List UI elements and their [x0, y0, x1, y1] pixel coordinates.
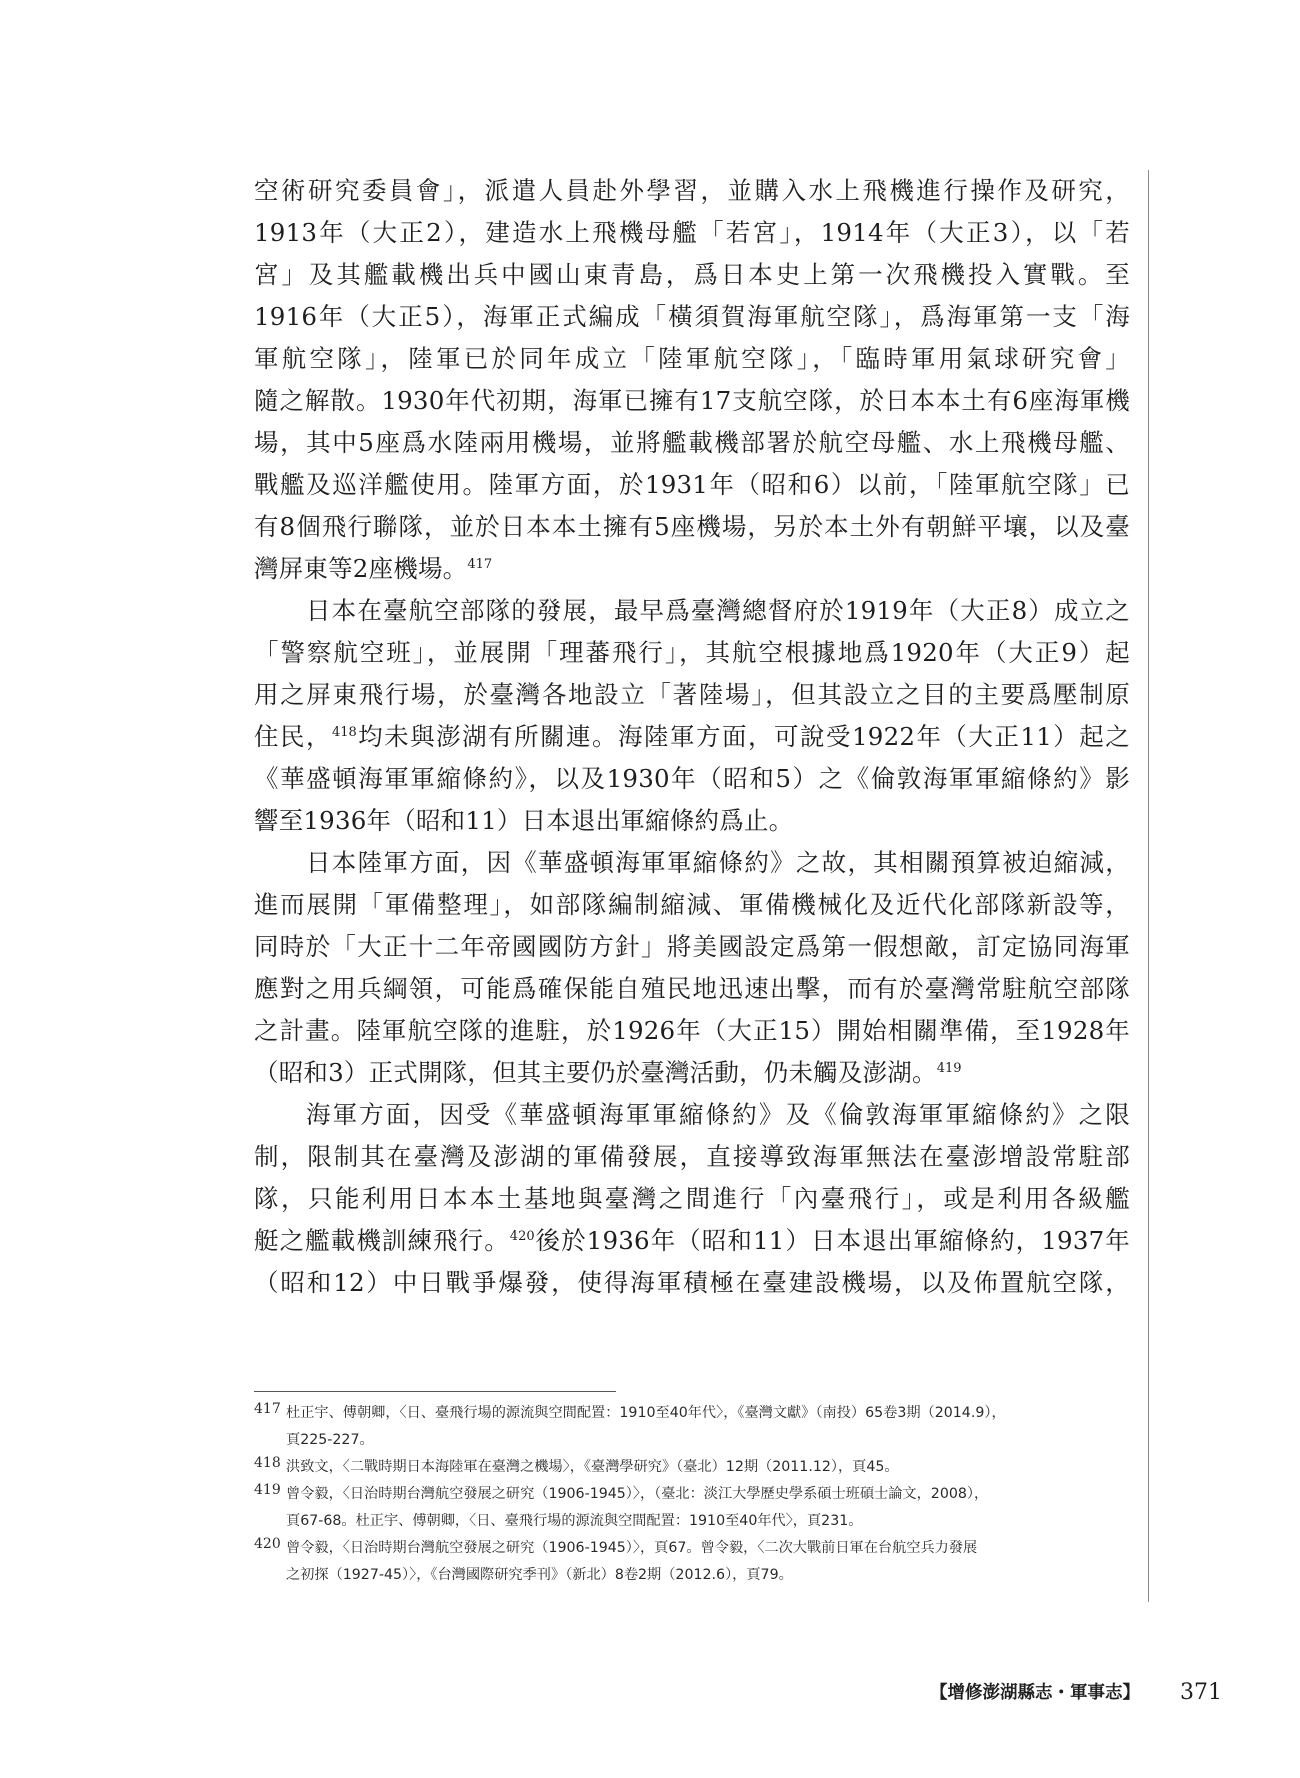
body-line-text: 軍航空隊」，陸軍已於同年成立「陸軍航空隊」，「臨時軍用氣球研究會」	[254, 344, 1130, 373]
body-line-text: 應對之用兵綱領，可能爲確保能自殖民地迅速出擊，而有於臺灣常駐航空部隊	[254, 974, 1130, 1003]
body-line-text: 響至1936年（昭和11）日本退出軍縮條約爲止。	[254, 806, 793, 835]
body-line-text: 用之屏東飛行場，於臺灣各地設立「著陸場」，但其設立之目的主要爲壓制原	[254, 680, 1130, 709]
body-line-text: 同時於「大正十二年帝國國防方針」將美國設定爲第一假想敵，訂定協同海軍	[254, 932, 1130, 961]
footnote-text: 頁225-227。	[286, 1432, 374, 1448]
body-line: 日本陸軍方面，因《華盛頓海軍軍縮條約》之故，其相關預算被迫縮減，	[254, 842, 1130, 884]
footnote-reference[interactable]: 417	[467, 557, 492, 572]
body-line-text: 「警察航空班」，並展開「理蕃飛行」，其航空根據地爲1920年（大正9）起	[254, 638, 1130, 667]
body-line: 進而展開「軍備整理」，如部隊編制縮減、軍備機械化及近代化部隊新設等，	[254, 884, 1130, 926]
body-line: 宮」及其艦載機出兵中國山東青島，爲日本史上第一次飛機投入實戰。至	[254, 254, 1130, 296]
body-line-text: 隊，只能利用日本本土基地與臺灣之間進行「內臺飛行」，或是利用各級艦	[254, 1184, 1130, 1213]
footnote-separator	[254, 1391, 616, 1392]
body-line: 用之屏東飛行場，於臺灣各地設立「著陸場」，但其設立之目的主要爲壓制原	[254, 674, 1130, 716]
footnotes: 417杜正宇、傅朝卿，〈日、臺飛行場的源流與空間配置：1910至40年代〉，《臺…	[254, 1400, 1134, 1589]
footnote-number: 420	[254, 1531, 281, 1558]
body-line: 場，其中5座爲水陸兩用機場，並將艦載機部署於航空母艦、水上飛機母艦、	[254, 422, 1130, 464]
page-number: 371	[1180, 1675, 1222, 1711]
body-line-text: 制，限制其在臺灣及澎湖的軍備發展，直接導致海軍無法在臺澎增設常駐部	[254, 1142, 1130, 1171]
body-line: 之計畫。陸軍航空隊的進駐，於1926年（大正15）開始相關準備，至1928年	[254, 1010, 1130, 1052]
body-line: 響至1936年（昭和11）日本退出軍縮條約爲止。	[254, 800, 1130, 842]
body-line-text: 場，其中5座爲水陸兩用機場，並將艦載機部署於航空母艦、水上飛機母艦、	[254, 428, 1130, 457]
body-line: 住民，418均未與澎湖有所關連。海陸軍方面，可說受1922年（大正11）起之	[254, 716, 1130, 758]
footnote-reference[interactable]: 420	[510, 1229, 535, 1244]
body-line: 灣屏東等2座機場。417	[254, 548, 1130, 590]
body-line: （昭和12）中日戰爭爆發，使得海軍積極在臺建設機場，以及佈置航空隊，	[254, 1262, 1130, 1304]
footnote-number: 418	[254, 1450, 281, 1477]
body-line: 隊，只能利用日本本土基地與臺灣之間進行「內臺飛行」，或是利用各級艦	[254, 1178, 1130, 1220]
footnote-reference[interactable]: 418	[332, 725, 357, 740]
body-line: 隨之解散。1930年代初期，海軍已擁有17支航空隊，於日本本土有6座海軍機	[254, 380, 1130, 422]
body-line-text: 海軍方面，因受《華盛頓海軍軍縮條約》及《倫敦海軍軍縮條約》之限	[306, 1100, 1130, 1129]
footnote-number: 417	[254, 1396, 281, 1423]
margin-rule	[1148, 170, 1149, 1602]
footnote-text: 頁67-68。杜正宇、傅朝卿，〈日、臺飛行場的源流與空間配置：1910至40年代…	[286, 1513, 862, 1529]
page-footer: 【增修澎湖縣志・軍事志】 371	[800, 1675, 1200, 1711]
body-line-text: 均未與澎湖有所關連。海陸軍方面，可說受1922年（大正11）起之	[357, 722, 1130, 751]
footnote-line: 之初探（1927-45）〉，《台灣國際研究季刊》（新北）8卷2期（2012.6）…	[254, 1562, 1134, 1589]
body-line: 同時於「大正十二年帝國國防方針」將美國設定爲第一假想敵，訂定協同海軍	[254, 926, 1130, 968]
running-footer-title: 【增修澎湖縣志・軍事志】	[930, 1675, 1140, 1711]
body-line-text: 1916年（大正5），海軍正式編成「橫須賀海軍航空隊」，爲海軍第一支「海	[254, 302, 1130, 331]
body-line: 日本在臺航空部隊的發展，最早爲臺灣總督府於1919年（大正8）成立之	[254, 590, 1130, 632]
footnote-number: 419	[254, 1477, 281, 1504]
body-line-text: 隨之解散。1930年代初期，海軍已擁有17支航空隊，於日本本土有6座海軍機	[254, 386, 1130, 415]
body-line-text: 日本陸軍方面，因《華盛頓海軍軍縮條約》之故，其相關預算被迫縮減，	[306, 848, 1130, 877]
body-line-lead: 艇之艦載機訓練飛行。	[254, 1226, 510, 1255]
body-line: 有8個飛行聯隊，並於日本本土擁有5座機場，另於本土外有朝鮮平壤，以及臺	[254, 506, 1130, 548]
body-line-text: 日本在臺航空部隊的發展，最早爲臺灣總督府於1919年（大正8）成立之	[306, 596, 1130, 625]
body-line-text: 1913年（大正2），建造水上飛機母艦「若宮」，1914年（大正3），以「若	[254, 218, 1130, 247]
footnote-line: 417杜正宇、傅朝卿，〈日、臺飛行場的源流與空間配置：1910至40年代〉，《臺…	[254, 1400, 1134, 1427]
body-line: 應對之用兵綱領，可能爲確保能自殖民地迅速出擊，而有於臺灣常駐航空部隊	[254, 968, 1130, 1010]
body-line: 戰艦及巡洋艦使用。陸軍方面，於1931年（昭和6）以前，「陸軍航空隊」已	[254, 464, 1130, 506]
footnote-text: 洪致文，〈二戰時期日本海陸軍在臺灣之機場〉，《臺灣學研究》（臺北）12期（201…	[286, 1459, 899, 1475]
footnote-text: 之初探（1927-45）〉，《台灣國際研究季刊》（新北）8卷2期（2012.6）…	[286, 1567, 793, 1583]
footnote-line: 419曾令毅，〈日治時期台灣航空發展之研究（1906-1945）〉，（臺北：淡江…	[254, 1481, 1134, 1508]
footnote-line: 420曾令毅，〈日治時期台灣航空發展之研究（1906-1945）〉，頁67。曾令…	[254, 1535, 1134, 1562]
body-line: 「警察航空班」，並展開「理蕃飛行」，其航空根據地爲1920年（大正9）起	[254, 632, 1130, 674]
document-page: 空術研究委員會」，派遣人員赴外學習，並購入水上飛機進行操作及研究，1913年（大…	[0, 0, 1300, 1778]
footnote-text: 杜正宇、傅朝卿，〈日、臺飛行場的源流與空間配置：1910至40年代〉，《臺灣文獻…	[286, 1405, 1006, 1421]
body-line-lead: 住民，	[254, 722, 332, 751]
body-line: 《華盛頓海軍軍縮條約》，以及1930年（昭和5）之《倫敦海軍軍縮條約》影	[254, 758, 1130, 800]
body-line: 制，限制其在臺灣及澎湖的軍備發展，直接導致海軍無法在臺澎增設常駐部	[254, 1136, 1130, 1178]
body-line: 海軍方面，因受《華盛頓海軍軍縮條約》及《倫敦海軍軍縮條約》之限	[254, 1094, 1130, 1136]
body-line-text: 之計畫。陸軍航空隊的進駐，於1926年（大正15）開始相關準備，至1928年	[254, 1016, 1130, 1045]
body-line-text: 有8個飛行聯隊，並於日本本土擁有5座機場，另於本土外有朝鮮平壤，以及臺	[254, 512, 1130, 541]
body-line-text: 宮」及其艦載機出兵中國山東青島，爲日本史上第一次飛機投入實戰。至	[254, 260, 1130, 289]
body-line-text: （昭和3）正式開隊，但其主要仍於臺灣活動，仍未觸及澎湖。	[254, 1058, 937, 1087]
footnote-reference[interactable]: 419	[937, 1061, 962, 1076]
body-line-text: 後於1936年（昭和11）日本退出軍縮條約，1937年	[535, 1226, 1130, 1255]
body-line: 1913年（大正2），建造水上飛機母艦「若宮」，1914年（大正3），以「若	[254, 212, 1130, 254]
body-line: 艇之艦載機訓練飛行。420後於1936年（昭和11）日本退出軍縮條約，1937年	[254, 1220, 1130, 1262]
body-line: （昭和3）正式開隊，但其主要仍於臺灣活動，仍未觸及澎湖。419	[254, 1052, 1130, 1094]
footnote-line: 頁225-227。	[254, 1427, 1134, 1454]
body-line-text: （昭和12）中日戰爭爆發，使得海軍積極在臺建設機場，以及佈置航空隊，	[254, 1268, 1130, 1297]
footnote-line: 418洪致文，〈二戰時期日本海陸軍在臺灣之機場〉，《臺灣學研究》（臺北）12期（…	[254, 1454, 1134, 1481]
body-line-text: 戰艦及巡洋艦使用。陸軍方面，於1931年（昭和6）以前，「陸軍航空隊」已	[254, 470, 1130, 499]
body-text: 空術研究委員會」，派遣人員赴外學習，並購入水上飛機進行操作及研究，1913年（大…	[254, 170, 1130, 1304]
footnote-text: 曾令毅，〈日治時期台灣航空發展之研究（1906-1945）〉，頁67。曾令毅，〈…	[286, 1540, 977, 1556]
body-line-text: 《華盛頓海軍軍縮條約》，以及1930年（昭和5）之《倫敦海軍軍縮條約》影	[254, 764, 1130, 793]
body-line: 1916年（大正5），海軍正式編成「橫須賀海軍航空隊」，爲海軍第一支「海	[254, 296, 1130, 338]
body-line: 空術研究委員會」，派遣人員赴外學習，並購入水上飛機進行操作及研究，	[254, 170, 1130, 212]
body-line: 軍航空隊」，陸軍已於同年成立「陸軍航空隊」，「臨時軍用氣球研究會」	[254, 338, 1130, 380]
body-line-text: 空術研究委員會」，派遣人員赴外學習，並購入水上飛機進行操作及研究，	[254, 176, 1130, 205]
body-line-text: 進而展開「軍備整理」，如部隊編制縮減、軍備機械化及近代化部隊新設等，	[254, 890, 1130, 919]
footnote-line: 頁67-68。杜正宇、傅朝卿，〈日、臺飛行場的源流與空間配置：1910至40年代…	[254, 1508, 1134, 1535]
body-line-text: 灣屏東等2座機場。	[254, 554, 467, 583]
footnote-text: 曾令毅，〈日治時期台灣航空發展之研究（1906-1945）〉，（臺北：淡江大學歷…	[286, 1486, 988, 1502]
